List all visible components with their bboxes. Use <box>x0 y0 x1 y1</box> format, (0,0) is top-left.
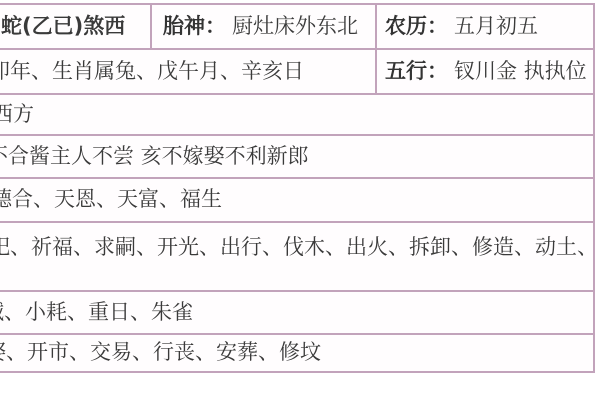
chongsha-text: 蛇(乙已)煞西 <box>1 14 125 39</box>
ganzhi-cell: 卯年、生肖属兔、戊午月、辛亥日 <box>0 50 377 93</box>
chongsha-taishen-nongli-row: 蛇(乙已)煞西 胎神： 厨灶床外东北 农历： 五月初五 <box>0 5 593 50</box>
ganzhi-wuxing-row: 卯年、生肖属兔、戊午月、辛亥日 五行： 钗川金 执执位 <box>0 50 593 95</box>
pengzu-row: 不合酱主人不尝 亥不嫁娶不利新郎 <box>0 136 593 179</box>
pengzu-text: 不合酱主人不尝 亥不嫁娶不利新郎 <box>0 144 309 169</box>
ganzhi-text: 卯年、生肖属兔、戊午月、辛亥日 <box>0 59 304 84</box>
direction-text: 西方 <box>0 102 34 127</box>
jishen-row: 德合、天恩、天富、福生 <box>0 179 593 223</box>
wuxing-label: 五行： <box>385 59 448 84</box>
almanac-page: 蛇(乙已)煞西 胎神： 厨灶床外东北 农历： 五月初五 卯年、生肖属兔、戊午月、… <box>0 0 600 400</box>
wuxing-cell: 五行： 钗川金 执执位 <box>377 50 593 93</box>
yi-text: 祀、祈福、求嗣、开光、出行、伐木、出火、拆卸、修造、动土、 <box>0 235 593 260</box>
xiongshen-text: 贼、小耗、重日、朱雀 <box>0 300 193 325</box>
ji-text: 娶、开市、交易、行丧、安葬、修坟 <box>0 340 321 365</box>
xiongshen-row: 贼、小耗、重日、朱雀 <box>0 292 593 335</box>
jishen-text: 德合、天恩、天富、福生 <box>0 187 222 212</box>
yi-row: 祀、祈福、求嗣、开光、出行、伐木、出火、拆卸、修造、动土、 <box>0 223 593 292</box>
chongsha-cell: 蛇(乙已)煞西 <box>0 5 152 48</box>
taishen-value: 厨灶床外东北 <box>232 14 358 39</box>
ji-row: 娶、开市、交易、行丧、安葬、修坟 <box>0 335 593 371</box>
taishen-cell: 胎神： 厨灶床外东北 <box>152 5 377 48</box>
wuxing-value: 钗川金 执执位 <box>454 59 587 84</box>
direction-row: 西方 <box>0 95 593 136</box>
nongli-cell: 农历： 五月初五 <box>377 5 593 48</box>
taishen-label: 胎神： <box>163 14 226 39</box>
nongli-label: 农历： <box>385 14 448 39</box>
nongli-value: 五月初五 <box>454 14 538 39</box>
almanac-table: 蛇(乙已)煞西 胎神： 厨灶床外东北 农历： 五月初五 卯年、生肖属兔、戊午月、… <box>0 3 595 373</box>
